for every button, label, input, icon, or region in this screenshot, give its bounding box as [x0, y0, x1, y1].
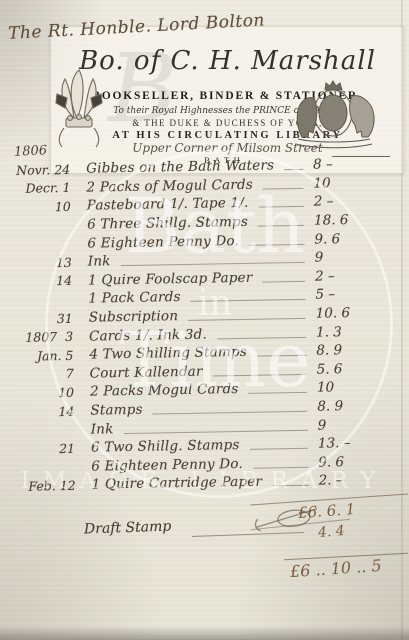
- ledger-row-date: 7: [12, 366, 78, 382]
- ledger-row-item: 2 Packs of Mogul Cards: [74, 177, 253, 196]
- ledger-rows: Novr. 24 Gibbes on the Bath Waters 8 – D…: [8, 154, 407, 495]
- ledger-row-item: 6 Three Shillg. Stamps: [75, 214, 248, 233]
- ledger-row-item: Court Kallendar: [78, 363, 203, 381]
- ledger-row-item: 1 Quire Cartridge Paper: [80, 474, 263, 493]
- paper-crease: [401, 0, 403, 640]
- ledger-row-item: Gibbes on the Bath Waters: [74, 158, 274, 177]
- royal-coat-of-arms-icon: [276, 80, 391, 154]
- ledger-year-label: 1806: [14, 143, 48, 160]
- ledger-row-date: 31: [11, 310, 77, 326]
- ledger-row-amount: 9: [318, 416, 380, 433]
- leader-line: [191, 290, 306, 302]
- leader-line: [248, 383, 307, 394]
- draft-stamp-amount: 4. 4: [317, 523, 345, 541]
- leader-line: [258, 216, 304, 227]
- leader-line: [263, 179, 304, 190]
- ledger-row-amount: 10. 6: [316, 305, 378, 322]
- ledger-row-amount: 9: [315, 249, 377, 266]
- leader-line: [258, 197, 303, 208]
- ledger-row-date: 14: [10, 273, 76, 289]
- ledger-row-date: Decr. 1: [8, 180, 74, 196]
- leader-line: [250, 439, 309, 450]
- ledger-row-date: [10, 299, 76, 300]
- ledger-row-date: Feb. 12: [14, 478, 80, 494]
- leader-line: [153, 402, 308, 415]
- ledger-row-amount: 8. 9: [316, 342, 378, 359]
- ledger-row-date: Novr. 24: [8, 162, 74, 178]
- ledger-row-item: Stamps: [78, 402, 143, 419]
- ledger-row-date: 10: [9, 199, 75, 215]
- ledger-row-date: [9, 225, 75, 226]
- ledger-row-amount: 10: [317, 379, 379, 396]
- ledger-row-item: 6 Eighteen Penny Do.: [79, 456, 243, 475]
- ledger-row-item: 1 Pack Cards: [76, 289, 181, 307]
- ledger-row-date: [13, 467, 79, 468]
- ledger-row-item: Ink: [79, 421, 114, 438]
- leader-line: [257, 346, 307, 357]
- leader-line: [120, 253, 304, 266]
- ledger-row-amount: 8. 9: [317, 398, 379, 415]
- ledger-row-date: Jan. 5: [11, 348, 77, 364]
- ledger-row-item: 1 Quire Foolscap Paper: [76, 270, 253, 289]
- ledger-row-date: 10: [12, 385, 78, 401]
- leader-line: [217, 327, 306, 339]
- leader-line: [249, 235, 305, 246]
- total-amount: £6 .. 10 .. 5: [289, 556, 382, 581]
- ledger-row-item: 4 Two Shilling Stamps: [77, 344, 247, 363]
- ledger-row-date: 21: [13, 441, 79, 457]
- ledger-row-amount: 5 –: [315, 286, 377, 303]
- ledger-row-date: 13: [10, 255, 76, 271]
- ledger-row-amount: 2 –: [315, 267, 377, 284]
- ledger-row-item: Subscription: [77, 308, 179, 326]
- ledger-row-item: Cards 1/. Ink 3d.: [77, 326, 207, 344]
- leader-line: [262, 272, 305, 283]
- ledger-row-amount: 10: [313, 174, 375, 191]
- ledger-row-item: Pasteboard 1/. Tape 1/.: [75, 195, 249, 214]
- prince-of-wales-feathers-icon: [50, 66, 108, 154]
- ledger-row-amount: 5. 6: [317, 360, 379, 377]
- scanned-invoice-page: The Rt. Honble. Lord Bolton B Bo. of C. …: [0, 0, 409, 640]
- ledger-row-amount: 2. –: [318, 472, 380, 489]
- leader-line: [188, 309, 306, 321]
- leader-line: [284, 160, 303, 170]
- ledger-row-item: 2 Packs Mogul Cards: [78, 381, 239, 400]
- paper-bottom-edge: [0, 626, 409, 640]
- leader-line: [213, 365, 307, 377]
- leader-line: [123, 420, 307, 433]
- draft-stamp-label: Draft Stamp: [84, 518, 172, 537]
- ledger-row-date: 1807 3: [11, 329, 77, 345]
- ledger-row-date: [13, 429, 79, 430]
- ledger-row-amount: 9. 6: [318, 453, 380, 470]
- ledger-row-date: [9, 244, 75, 245]
- ledger-row-date: 14: [12, 403, 78, 419]
- leader-line: [272, 476, 309, 487]
- ledger-row-amount: 9. 6: [314, 230, 376, 247]
- ledger-row-amount: 1. 3: [316, 323, 378, 340]
- ledger-row-amount: 2 –: [314, 193, 376, 210]
- ledger-row-amount: 18. 6: [314, 212, 376, 229]
- ledger-row-item: Ink: [76, 253, 111, 270]
- ledger-row-amount: 8 –: [313, 156, 375, 173]
- leader-line: [253, 458, 309, 469]
- ledger-row-amount: 13. –: [318, 435, 380, 452]
- ledger-row-item: 6 Eighteen Penny Do.: [75, 233, 239, 252]
- ledger-row-item: 6 Two Shillg. Stamps: [79, 437, 240, 456]
